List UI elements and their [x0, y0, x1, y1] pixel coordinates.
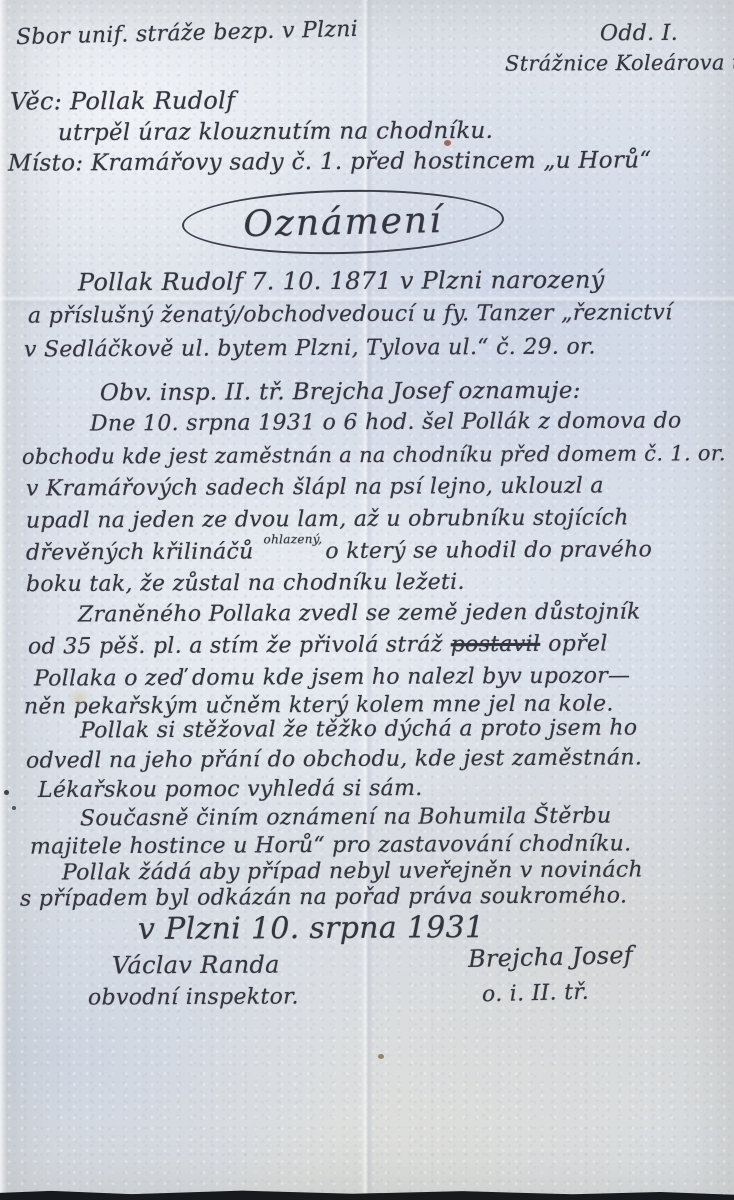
subject-line-3: Místo: Kramářovy sady č. 1. před hostinc…	[8, 148, 651, 177]
para3-line-2-post: opřel	[548, 631, 608, 656]
para4-line-2: odvedl na jeho přání do obchodu, kde jes…	[26, 746, 642, 773]
announcer-line: Obv. insp. II. tř. Brejcha Josef oznamuj…	[100, 379, 581, 407]
header-department: Odd. I.	[600, 22, 678, 47]
para2-line-5-pre: dřevěných křilináčů	[26, 539, 254, 565]
stain-speck	[12, 806, 16, 810]
document-title: Oznámení	[243, 199, 443, 244]
para3-line-1: Zraněného Pollaka zvedl se země jeden dů…	[78, 601, 641, 628]
header-unit: Sbor unif. stráže bezp. v Plzni	[16, 18, 359, 51]
signature-right-name: Brejcha Josef	[468, 942, 634, 972]
scanned-document-page: Sbor unif. stráže bezp. v Plzni Odd. I. …	[0, 0, 734, 1200]
signature-left-name: Václav Randa	[112, 952, 280, 979]
signature-right-title: o. i. II. tř.	[482, 981, 590, 1008]
title-oval-frame: Oznámení	[181, 187, 504, 258]
para4-line-1: Pollak si stěžoval že těžko dýchá a prot…	[80, 717, 638, 744]
stain-speck	[378, 1054, 384, 1059]
para3-line-2: od 35 pěš. pl. a stím že přivolá strážpo…	[28, 632, 608, 659]
para2-line-4: upadl na jeden ze dvou lam, až u obrubní…	[26, 506, 629, 533]
para2-line-1: Dne 10. srpna 1931 o 6 hod. šel Pollák z…	[90, 409, 682, 436]
para6-line-1: Pollak žádá aby případ nebyl uveřejněn v…	[62, 858, 643, 885]
para6-line-2: s případem byl odkázán na pořad práva so…	[20, 884, 627, 911]
para3-struck-word: postavil	[451, 632, 541, 657]
para4-line-3: Lékařskou pomoc vyhledá si sám.	[38, 777, 423, 803]
para2-line-2: obchodu kde jest zaměstnán a na chodníku…	[22, 442, 726, 469]
para1-line-2: a příslušný ženatý/obchodvedoucí u fy. T…	[28, 301, 673, 329]
scan-edge-left	[0, 0, 7, 1200]
para2-inserted-word: ohlazený,	[263, 533, 322, 546]
para2-line-4-text: upadl na jeden ze dvou lam, až u obrubní…	[26, 505, 629, 533]
header-station: Strážnice Koleárova ul.	[505, 51, 734, 75]
para1-line-3: v Sedláčkově ul. bytem Plzni, Tylova ul.…	[24, 336, 596, 363]
para5-line-1: Současně činím oznámení na Bohumila Štěr…	[80, 805, 612, 832]
dateline: v Plzni 10. srpna 1931	[138, 911, 485, 946]
scan-edge-bottom	[0, 1187, 734, 1200]
para1-line-1: Pollak Rudolf 7. 10. 1871 v Plzni naroze…	[78, 267, 605, 296]
para2-line-5: dřevěných křilináčůohlazený,o který se u…	[26, 538, 652, 565]
para2-line-6: boku tak, že zůstal na chodníku ležeti.	[26, 571, 465, 597]
signature-left-title: obvodní inspektor.	[88, 985, 299, 1010]
para3-line-3: Pollaka o zeď domu kde jsem ho nalezl by…	[34, 664, 630, 691]
para2-line-5-post: o který se uhodil do pravého	[325, 537, 652, 564]
subject-line-1: Věc: Pollak Rudolf	[10, 87, 235, 115]
para5-line-2: majitele hostince u Horů“ pro zastavován…	[30, 832, 631, 859]
para3-line-2-pre: od 35 pěš. pl. a stím že přivolá stráž	[28, 632, 443, 659]
subject-line-2: utrpěl úraz klouznutím na chodníku.	[58, 119, 493, 147]
para2-line-3: v Kramářových sadech šlápl na psí lejno,…	[26, 474, 604, 501]
